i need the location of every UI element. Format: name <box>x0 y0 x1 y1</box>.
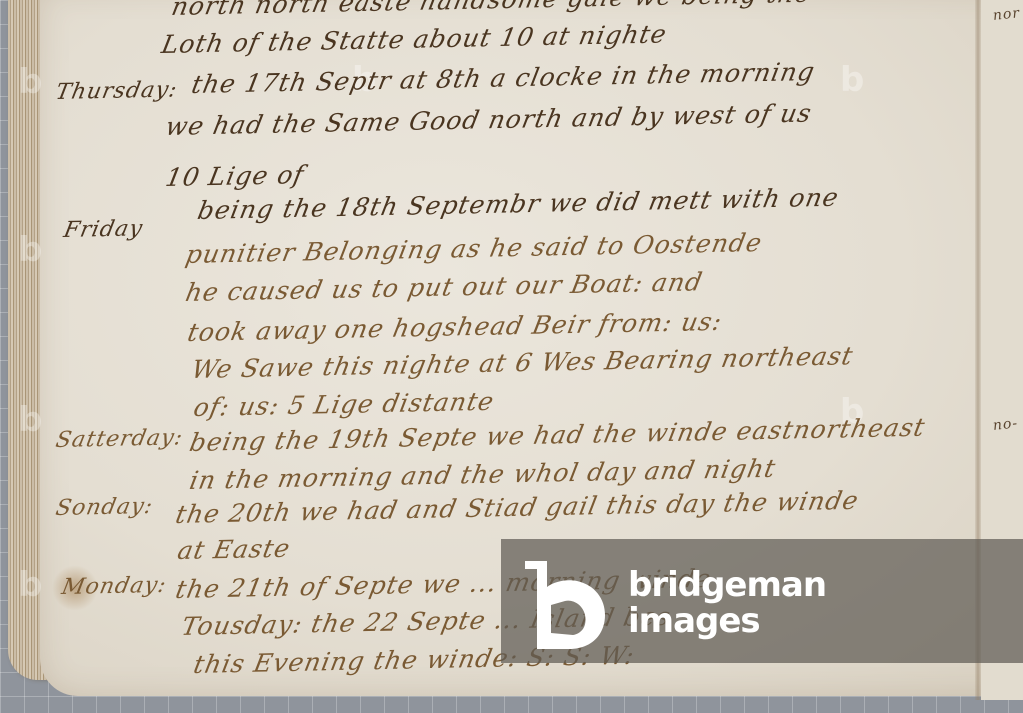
right-margin-note: no- <box>992 415 1019 434</box>
ghost-watermark-icon: b <box>18 230 42 270</box>
text-line: 10 Lige of <box>163 160 307 192</box>
ghost-watermark-icon: b <box>18 565 42 605</box>
text-line: at Easte <box>175 534 293 565</box>
margin-day-label: Satterday: <box>54 425 186 453</box>
ghost-watermark-icon: b <box>840 60 864 100</box>
margin-day-label: Friday <box>62 216 146 243</box>
right-margin-note: nor <box>992 5 1021 24</box>
watermark-text-bridgeman: bridgeman <box>628 568 826 602</box>
ghost-watermark-icon: b <box>18 400 42 440</box>
ghost-watermark-icon: b <box>18 62 42 102</box>
watermark-text-images: images <box>628 604 760 638</box>
margin-day-label: Sonday: <box>54 494 156 521</box>
margin-day-label: Thursday: <box>54 77 180 105</box>
margin-day-label: Monday: <box>60 573 169 600</box>
bridgeman-logo-icon <box>525 553 605 653</box>
